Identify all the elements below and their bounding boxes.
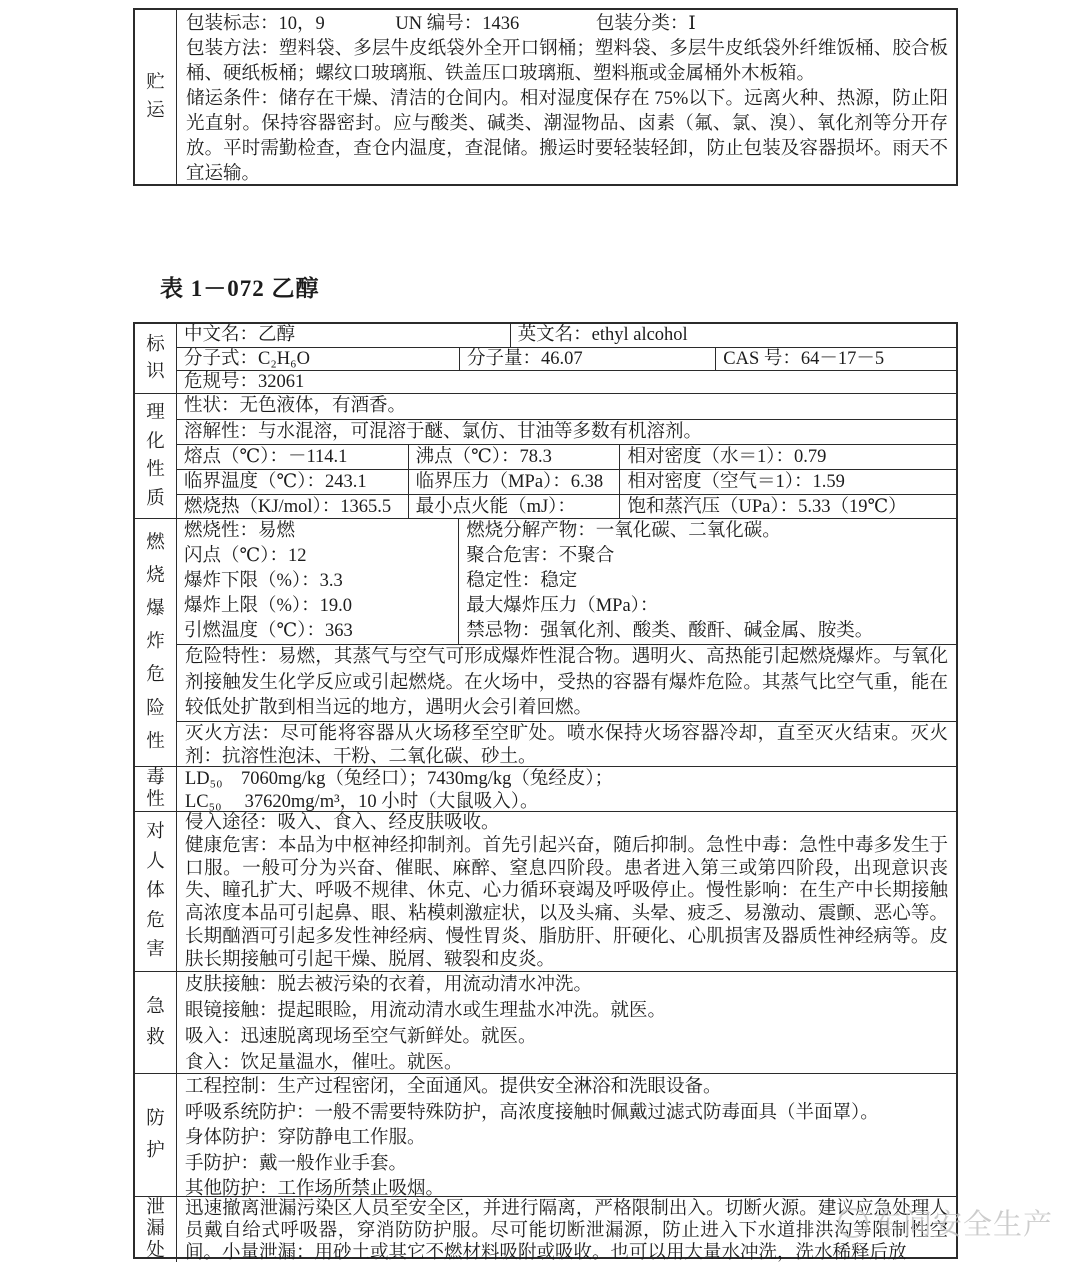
table-row: 中文名：乙醇 英文名：ethyl alcohol (177, 324, 956, 347)
storage-section: 贮运 包装标志：10，9 UN 编号：1436 包装分类：Ⅰ 包装方法：塑料袋、… (135, 10, 956, 184)
engineering-control: 工程控制：生产过程密闭，全面通风。提供安全淋浴和洗眼设备。 (177, 1074, 956, 1100)
relative-density-water: 相对密度（水＝1）：0.79 (619, 445, 956, 469)
relative-density-air: 相对密度（空气＝1）：1.59 (619, 470, 956, 494)
exposure-routes: 侵入途径：吸入、食入、经皮肤吸收。 (177, 812, 956, 835)
table-row: 性状：无色液体，有酒香。 (177, 394, 956, 419)
first-aid-row-label: 急救 (135, 972, 177, 1073)
boiling-point: 沸点（℃）：78.3 (408, 445, 620, 469)
protection-label-text: 防护 (135, 1074, 176, 1196)
table-row: 溶解性：与水混溶，可混溶于醚、氯仿、甘油等多数有机溶剂。 (177, 419, 956, 444)
first-aid-inhalation: 吸入：迅速脱离现场至空气新鲜处。就医。 (177, 1024, 956, 1050)
table-row: 危规号：32061 (177, 370, 956, 393)
table-row: 闪点（℃）：12 聚合危害：不聚合 (177, 544, 956, 569)
health-row-label: 对人体危害 (135, 812, 177, 971)
physical-row-label: 理化性质 (135, 394, 177, 518)
max-explosion-pressure: 最大爆炸压力（MPa）： (458, 594, 956, 619)
first-aid-eye: 眼镜接触：提起眼睑，用流动清水或生理盐水冲洗。就医。 (177, 998, 956, 1024)
fire-content: 燃烧性：易燃 燃烧分解产物：一氧化碳、二氧化碳。 闪点（℃）：12 聚合危害：不… (177, 519, 956, 766)
first-aid-ingestion: 食入：饮足量温水，催吐。就医。 (177, 1050, 956, 1076)
flash-point: 闪点（℃）：12 (177, 544, 458, 569)
chinese-name: 中文名：乙醇 (177, 324, 510, 347)
table-row: 燃烧性：易燃 燃烧分解产物：一氧化碳、二氧化碳。 (177, 519, 956, 544)
min-ignition-energy: 最小点火能（mJ）： (408, 495, 620, 519)
physical-properties-section: 理化性质 性状：无色液体，有酒香。 溶解性：与水混溶，可混溶于醚、氯仿、甘油等多… (135, 393, 956, 518)
critical-pressure: 临界压力（MPa）：6.38 (408, 470, 620, 494)
protection-content: 工程控制：生产过程密闭，全面通风。提供安全淋浴和洗眼设备。 呼吸系统防护：一般不… (177, 1074, 956, 1196)
explosion-lower-limit: 爆炸下限（%）：3.3 (177, 569, 458, 594)
packaging-marks: 包装标志：10，9 (186, 14, 325, 34)
page-title: 表 1－072 乙醇 (160, 270, 320, 303)
decomposition-products: 燃烧分解产物：一氧化碳、二氧化碳。 (458, 519, 956, 544)
polymerization-hazard: 聚合危害：不聚合 (458, 544, 956, 569)
table-row: 爆炸上限（%）：19.0 最大爆炸压力（MPa）： (177, 594, 956, 619)
health-label-text: 对人体危害 (135, 812, 176, 971)
hazard-characteristics: 危险特性：易燃，其蒸气与空气可形成爆炸性混合物。遇明火、高热能引起燃烧爆炸。与氧… (177, 644, 956, 721)
identification-section: 标识 中文名：乙醇 英文名：ethyl alcohol 分子式：C₂H₆O 分子… (135, 324, 956, 393)
protection-row-label: 防护 (135, 1074, 177, 1196)
melting-point: 熔点（℃）：－114.1 (177, 445, 408, 469)
fire-fighting-method: 灭火方法：尽可能将容器从火场移至空旷处。喷水保持火场容器冷却，直至灭火结束。灭火… (177, 721, 956, 767)
molecular-weight: 分子量：46.07 (459, 348, 715, 370)
leakage-section: 泄漏处 迅速撤离泄漏污染区人员至安全区，并进行隔离，严格限制出入。切断火源。建议… (135, 1196, 956, 1262)
fire-label-text: 燃烧爆炸危险性 (135, 519, 176, 766)
first-aid-label-text: 急救 (135, 972, 176, 1073)
leakage-label-text: 泄漏处 (135, 1197, 176, 1262)
incompatible-materials: 禁忌物：强氧化剂、酸类、酸酐、碱金属、胺类。 (458, 619, 956, 644)
leakage-treatment: 迅速撤离泄漏污染区人员至安全区，并进行隔离，严格限制出入。切断火源。建议应急处理… (177, 1197, 956, 1262)
identification-row-label: 标识 (135, 324, 177, 393)
toxicity-content: LD₅₀ 7060mg/kg（兔经口）；7430mg/kg（兔经皮）； LC₅₀… (177, 767, 956, 811)
ignition-temperature: 引燃温度（℃）：363 (177, 619, 458, 644)
storage-label-text: 贮运 (135, 10, 176, 184)
msds-table: 标识 中文名：乙醇 英文名：ethyl alcohol 分子式：C₂H₆O 分子… (133, 322, 958, 1259)
physical-content: 性状：无色液体，有酒香。 溶解性：与水混溶，可混溶于醚、氯仿、甘油等多数有机溶剂… (177, 394, 956, 518)
stability: 稳定性：稳定 (458, 569, 956, 594)
explosion-upper-limit: 爆炸上限（%）：19.0 (177, 594, 458, 619)
toxicity-section: 毒性 LD₅₀ 7060mg/kg（兔经口）；7430mg/kg（兔经皮）； L… (135, 766, 956, 811)
critical-temperature: 临界温度（℃）：243.1 (177, 470, 408, 494)
ld50-value: LD₅₀ 7060mg/kg（兔经口）；7430mg/kg（兔经皮）； (177, 767, 956, 790)
first-aid-section: 急救 皮肤接触：脱去被污染的衣着，用流动清水冲洗。 眼镜接触：提起眼睑，用流动清… (135, 971, 956, 1073)
physical-label-text: 理化性质 (135, 394, 176, 518)
toxicity-label-text: 毒性 (135, 767, 176, 811)
table-row: 燃烧热（KJ/mol）：1365.5 最小点火能（mJ）： 饱和蒸汽压（UPa）… (177, 494, 956, 519)
first-aid-content: 皮肤接触：脱去被污染的衣着，用流动清水冲洗。 眼镜接触：提起眼睑，用流动清水或生… (177, 972, 956, 1073)
molecular-formula: 分子式：C₂H₆O (177, 348, 459, 370)
saturated-vapor-pressure: 饱和蒸汽压（UPa）：5.33（19℃） (619, 495, 956, 519)
health-content: 侵入途径：吸入、食入、经皮肤吸收。 健康危害：本品为中枢神经抑制剂。首先引起兴奋… (177, 812, 956, 971)
protection-section: 防护 工程控制：生产过程密闭，全面通风。提供安全淋浴和洗眼设备。 呼吸系统防护：… (135, 1073, 956, 1196)
flammability: 燃烧性：易燃 (177, 519, 458, 544)
table-row: 临界温度（℃）：243.1 临界压力（MPa）：6.38 相对密度（空气＝1）：… (177, 469, 956, 494)
combustion-heat: 燃烧热（KJ/mol）：1365.5 (177, 495, 408, 519)
danger-goods-number: 危规号：32061 (177, 371, 956, 393)
cas-number: CAS 号：64－17－5 (715, 348, 956, 370)
packaging-class: 包装分类：Ⅰ (596, 14, 696, 34)
health-effects: 健康危害：本品为中枢神经抑制剂。首先引起兴奋，随后抑制。急性中毒：急性中毒多发生… (177, 835, 956, 972)
fire-grid-rows: 燃烧性：易燃 燃烧分解产物：一氧化碳、二氧化碳。 闪点（℃）：12 聚合危害：不… (177, 519, 956, 644)
storage-content: 包装标志：10，9 UN 编号：1436 包装分类：Ⅰ 包装方法：塑料袋、多层牛… (177, 10, 956, 184)
english-name: 英文名：ethyl alcohol (510, 324, 956, 347)
toxicity-row-label: 毒性 (135, 767, 177, 811)
identification-content: 中文名：乙醇 英文名：ethyl alcohol 分子式：C₂H₆O 分子量：4… (177, 324, 956, 393)
solubility: 溶解性：与水混溶，可混溶于醚、氯仿、甘油等多数有机溶剂。 (177, 420, 956, 444)
un-number: UN 编号：1436 (395, 14, 519, 34)
table-row: 引燃温度（℃）：363 禁忌物：强氧化剂、酸类、酸酐、碱金属、胺类。 (177, 619, 956, 644)
storage-conditions: 储运条件：储存在干燥、清洁的仓间内。相对湿度保存在 75%以下。远离火种、热源，… (186, 87, 948, 187)
body-protection: 身体防护：穿防静电工作服。 (177, 1125, 956, 1151)
respiratory-protection: 呼吸系统防护：一般不需要特殊防护，高浓度接触时佩戴过滤式防毒面具（半面罩）。 (177, 1100, 956, 1126)
leakage-content: 迅速撤离泄漏污染区人员至安全区，并进行隔离，严格限制出入。切断火源。建议应急处理… (177, 1197, 956, 1262)
fire-explosion-section: 燃烧爆炸危险性 燃烧性：易燃 燃烧分解产物：一氧化碳、二氧化碳。 闪点（℃）：1… (135, 518, 956, 766)
storage-transport-table: 贮运 包装标志：10，9 UN 编号：1436 包装分类：Ⅰ 包装方法：塑料袋、… (133, 8, 958, 186)
packaging-method: 包装方法：塑料袋、多层牛皮纸袋外全开口钢桶；塑料袋、多层牛皮纸袋外纤维饭桶、胶合… (186, 37, 948, 87)
hand-protection: 手防护：戴一般作业手套。 (177, 1151, 956, 1177)
health-hazard-section: 对人体危害 侵入途径：吸入、食入、经皮肤吸收。 健康危害：本品为中枢神经抑制剂。… (135, 811, 956, 971)
leakage-row-label: 泄漏处 (135, 1197, 177, 1262)
storage-row-label: 贮运 (135, 10, 177, 184)
table-row: 爆炸下限（%）：3.3 稳定性：稳定 (177, 569, 956, 594)
packaging-info-line: 包装标志：10，9 UN 编号：1436 包装分类：Ⅰ (186, 12, 948, 37)
lc50-value: LC₅₀ 37620mg/m³，10 小时（大鼠吸入）。 (177, 790, 956, 813)
first-aid-skin: 皮肤接触：脱去被污染的衣着，用流动清水冲洗。 (177, 972, 956, 998)
fire-row-label: 燃烧爆炸危险性 (135, 519, 177, 766)
appearance: 性状：无色液体，有酒香。 (177, 394, 956, 419)
table-row: 熔点（℃）：－114.1 沸点（℃）：78.3 相对密度（水＝1）：0.79 (177, 444, 956, 469)
identification-label-text: 标识 (135, 324, 176, 393)
table-row: 分子式：C₂H₆O 分子量：46.07 CAS 号：64－17－5 (177, 347, 956, 370)
